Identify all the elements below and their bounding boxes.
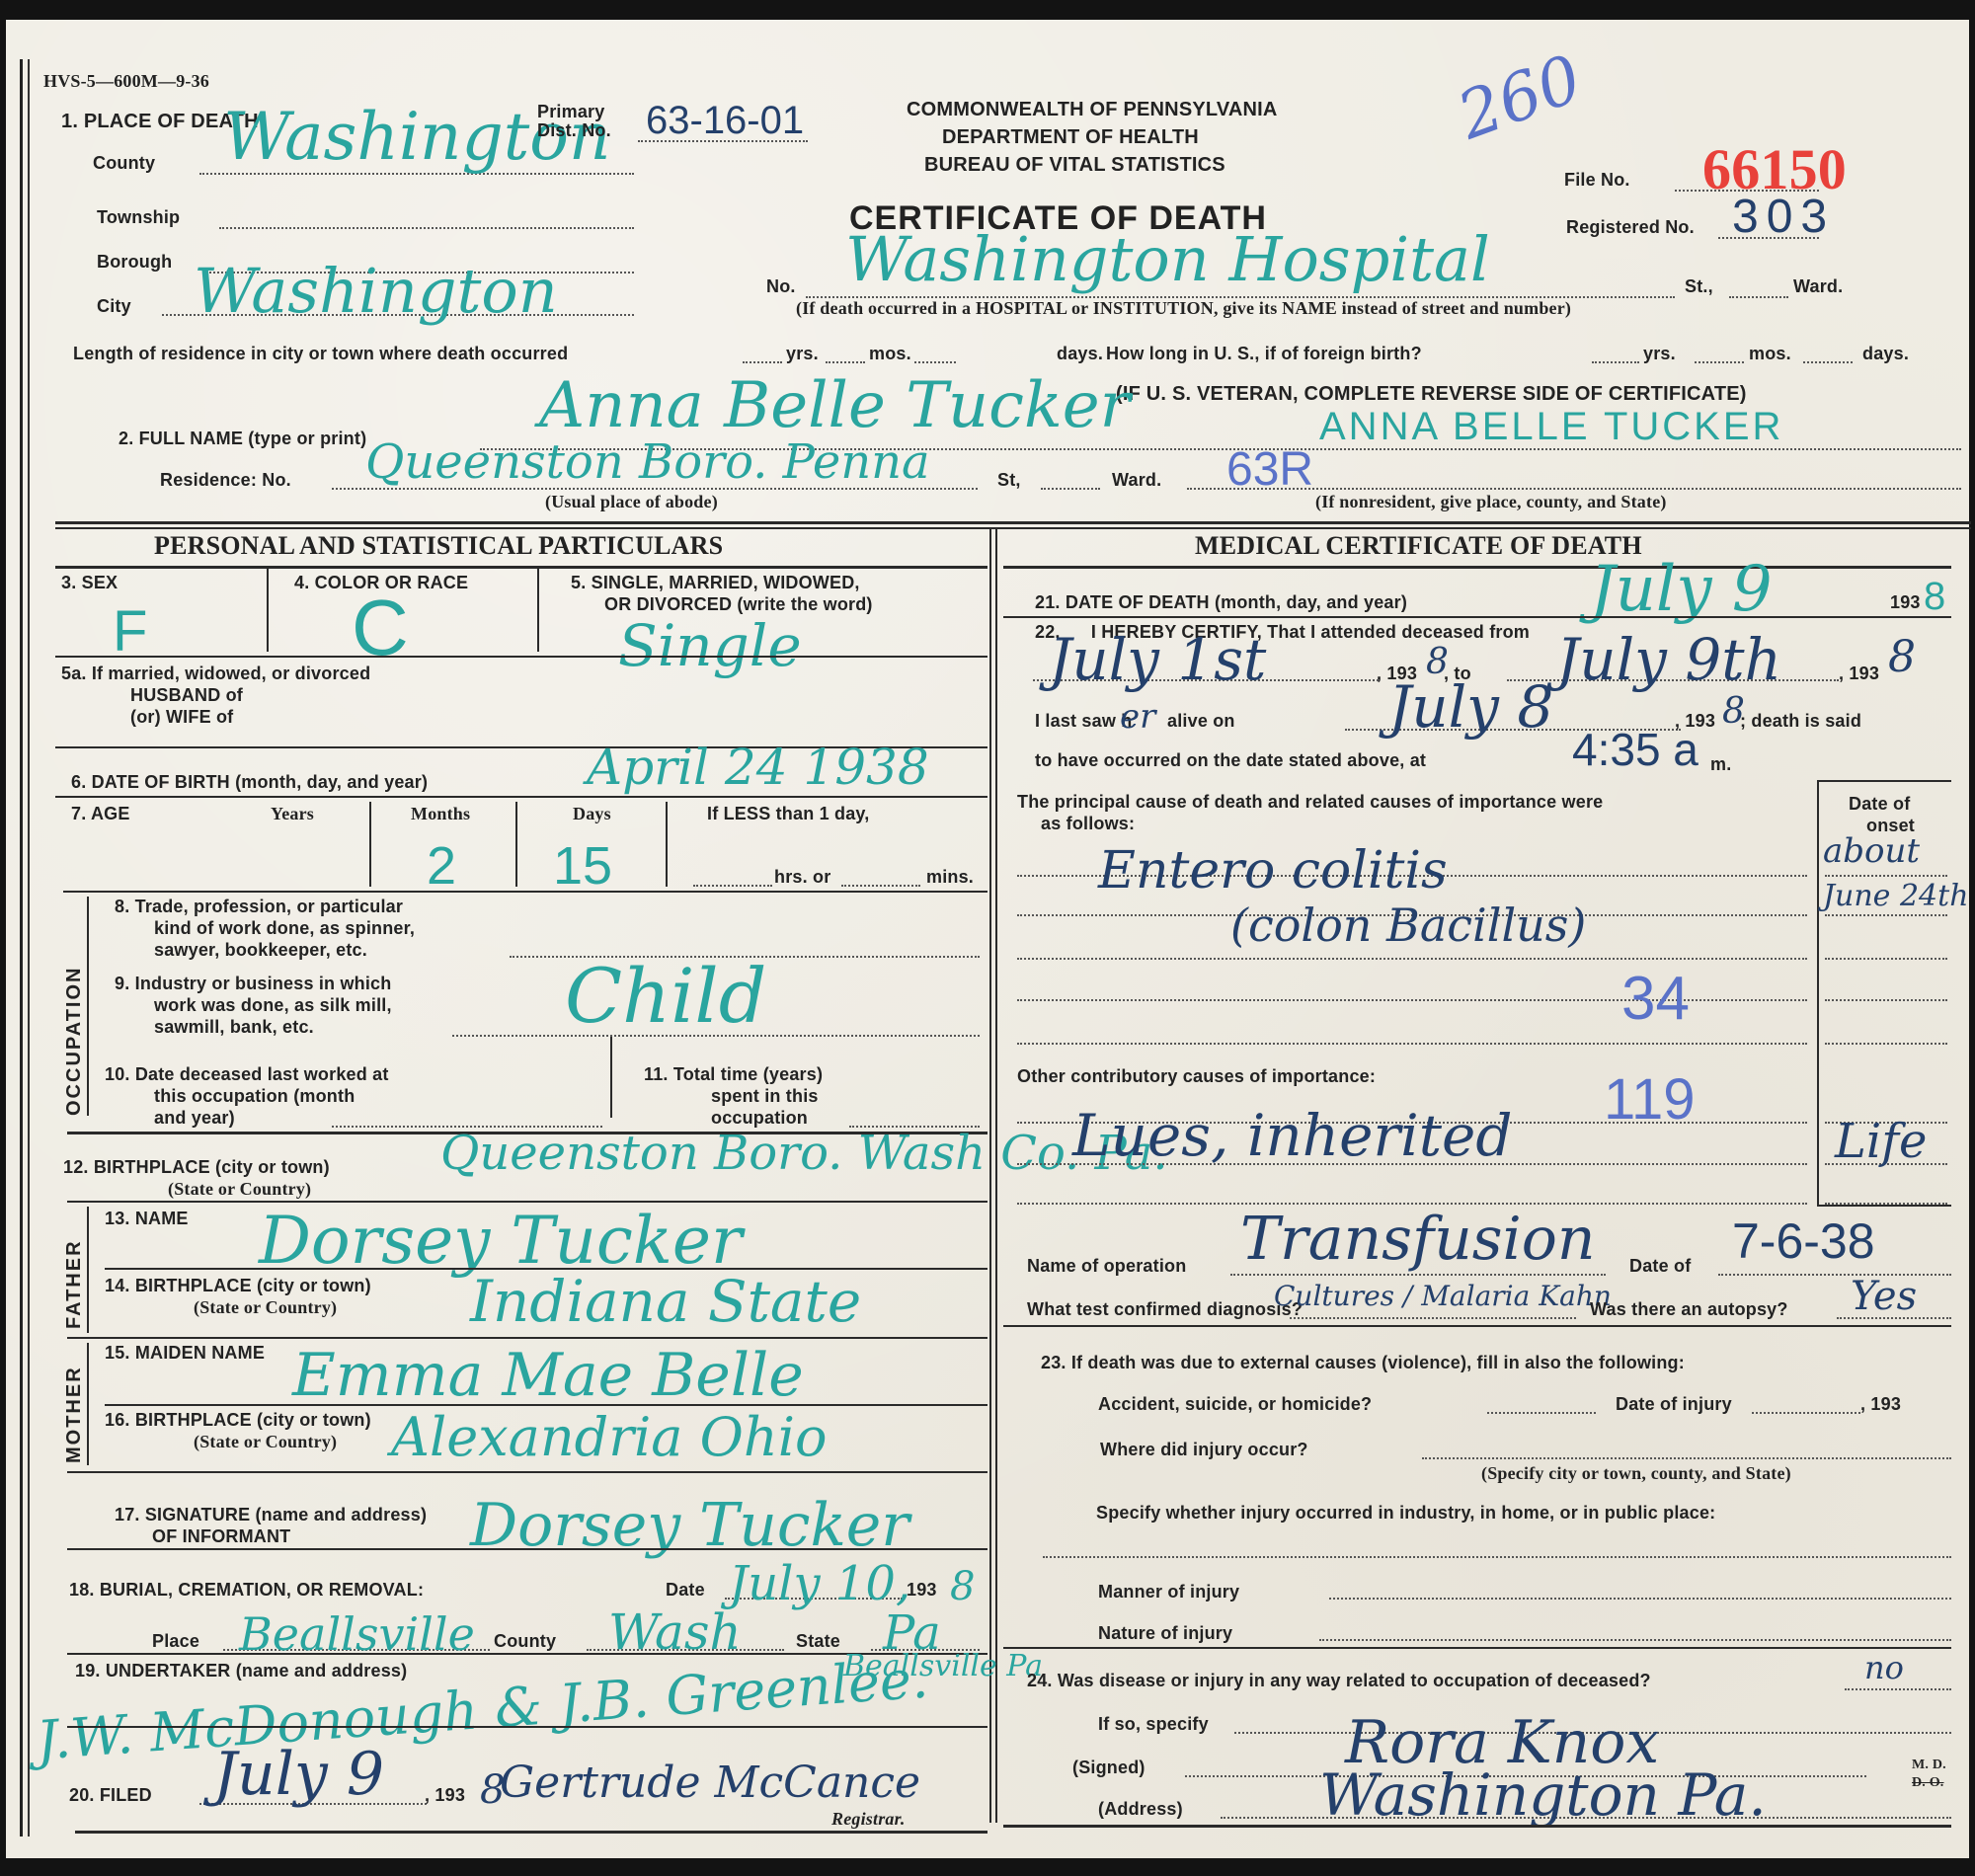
industry-label-1: 9. Industry or business in which: [115, 974, 391, 994]
other-cause-value: Lues, inherited: [1072, 1102, 1512, 1169]
registered-no-label: Registered No.: [1566, 217, 1695, 238]
death-certificate-document: HVS-5—600M—9-36 1. PLACE OF DEATH County…: [6, 20, 1969, 1858]
lastsaw-label-2: alive on: [1167, 711, 1235, 732]
onset-line-1: [1825, 875, 1947, 877]
occupation-related-label: 24. Was disease or injury in any way rel…: [1027, 1671, 1651, 1691]
foreign-days-line: [1803, 361, 1853, 363]
lastsaw-pronoun: er: [1120, 697, 1155, 737]
personal-title-rule: [55, 566, 987, 569]
nonresident-note: (If nonresident, give place, county, and…: [1315, 492, 1667, 512]
injury-year-label: , 193: [1860, 1394, 1901, 1415]
city-value: Washington: [194, 255, 558, 327]
row-rule-18: [67, 1548, 987, 1550]
bottom-rule-right: [1003, 1825, 1951, 1828]
father-vertical-label: FATHER: [63, 1239, 86, 1329]
institution-no-label: No.: [766, 276, 796, 297]
occupation-value: Child: [565, 952, 766, 1040]
cause-label-2: as follows:: [1041, 814, 1135, 834]
veteran-note: (IF U. S. VETERAN, COMPLETE REVERSE SIDE…: [1116, 383, 1747, 406]
township-line: [219, 227, 634, 229]
occupation-related-value: no: [1864, 1649, 1904, 1686]
borough-label: Borough: [97, 252, 172, 273]
nature-line: [1319, 1639, 1951, 1641]
onset-label-1: Date of: [1849, 794, 1910, 815]
cause-code-2: 119: [1604, 1066, 1695, 1133]
undertaker-label: 19. UNDERTAKER (name and address): [75, 1661, 407, 1681]
autopsy-label: Was there an autopsy?: [1590, 1299, 1788, 1320]
residence-mos-line: [826, 361, 865, 363]
father-bp-label-1: 14. BIRTHPLACE (city or town): [105, 1276, 371, 1296]
cause-1-value: Entero colitis: [1098, 841, 1448, 900]
time-value: 4:35 a: [1572, 723, 1698, 776]
onset-box-top: [1817, 780, 1951, 782]
md-label: M. D.: [1912, 1758, 1946, 1773]
test-label: What test confirmed diagnosis?: [1027, 1299, 1303, 1320]
age-days-label: Days: [573, 804, 611, 824]
full-name-printed: ANNA BELLE TUCKER: [1319, 405, 1783, 449]
cause-label-1: The principal cause of death and related…: [1017, 792, 1603, 813]
registrar-signature: Gertrude McCance: [500, 1758, 920, 1808]
residence-mos-label: mos.: [869, 344, 911, 364]
lastworked-label-1: 10. Date deceased last worked at: [105, 1064, 389, 1085]
institution-ward-label: Ward.: [1793, 276, 1843, 297]
burial-place-label: Place: [152, 1631, 199, 1652]
burial-year-label: 193: [907, 1580, 937, 1601]
medical-section-title: MEDICAL CERTIFICATE OF DEATH: [1195, 531, 1642, 561]
industry-label-2: work was done, as silk mill,: [154, 995, 392, 1016]
marital-value: Single: [618, 612, 802, 679]
row-rule-5a: [55, 656, 987, 658]
dist-no-value: 63-16-01: [646, 99, 804, 143]
operation-line: [1230, 1274, 1606, 1276]
marital-label-1: 5. SINGLE, MARRIED, WIDOWED,: [571, 573, 860, 593]
spouse-label-2: HUSBAND of: [130, 685, 243, 706]
informant-label-2: OF INFORMANT: [152, 1526, 290, 1547]
lastworked-label-2: this occupation (month: [154, 1086, 355, 1107]
full-name-label: 2. FULL NAME (type or print): [118, 429, 366, 449]
institution-note: (If death occurred in a HOSPITAL or INST…: [796, 298, 1571, 319]
age-mins-label: mins.: [926, 867, 974, 888]
annotation-260: 260: [1449, 40, 1592, 154]
residence-yrs-label: yrs.: [786, 344, 819, 364]
filed-date-value: July 9: [213, 1740, 384, 1809]
residence-days-line: [914, 361, 956, 363]
totaltime-label-1: 11. Total time (years): [644, 1064, 823, 1085]
residence-ward-label: Ward.: [1112, 470, 1161, 491]
race-divider: [537, 569, 539, 652]
medical-title-rule: [1003, 566, 1951, 569]
age-mins-line: [841, 885, 920, 887]
burial-label: 18. BURIAL, CREMATION, OR REMOVAL:: [69, 1580, 424, 1601]
residence-value: Queenston Boro. Penna: [365, 434, 930, 490]
birthplace-label-2: (State or Country): [168, 1179, 311, 1200]
dod-year-value: 8: [1924, 575, 1945, 619]
cause-line-5: [1017, 1043, 1807, 1045]
age-hrs-label: hrs. or: [774, 867, 830, 888]
if-so-label: If so, specify: [1098, 1714, 1209, 1735]
operation-value: Transfusion: [1240, 1205, 1596, 1274]
mother-name-label: 15. MAIDEN NAME: [105, 1343, 265, 1364]
abode-note: (Usual place of abode): [545, 492, 718, 512]
sex-divider: [267, 569, 269, 652]
father-bp-label-2: (State or Country): [194, 1297, 337, 1318]
registered-no-value: 303: [1732, 190, 1835, 244]
lastsaw-date-value: July 8: [1388, 673, 1553, 741]
residence-length-label: Length of residence in city or town wher…: [73, 344, 568, 364]
row-rule-22: [1003, 616, 1951, 618]
bottom-rule-left: [75, 1831, 987, 1834]
row-rule-7: [55, 796, 987, 798]
onset-line-2: [1825, 914, 1947, 916]
row-rule-8: [63, 891, 987, 893]
row-rule-24: [1003, 1647, 1951, 1649]
ward-annotation: 63R: [1226, 442, 1313, 497]
specify-injury-label: Specify whether injury occurred in indus…: [1096, 1503, 1715, 1524]
injury-date-label: Date of injury: [1616, 1394, 1732, 1415]
do-label: D. O.: [1912, 1775, 1944, 1791]
section-divider-top-2: [55, 527, 1971, 529]
father-name-label: 13. NAME: [105, 1209, 189, 1229]
dob-value: April 24 1938: [587, 739, 929, 796]
totaltime-label-2: spent in this: [711, 1086, 819, 1107]
race-value: C: [352, 583, 409, 673]
where-injury-note: (Specify city or town, county, and State…: [1481, 1463, 1791, 1484]
trade-label-2: kind of work done, as spinner,: [154, 918, 415, 939]
mother-name-value: Emma Mae Belle: [292, 1341, 804, 1410]
birthplace-label-1: 12. BIRTHPLACE (city or town): [63, 1157, 330, 1178]
row-rule-20: [67, 1726, 987, 1728]
city-label: City: [97, 296, 131, 317]
left-border-rule-inner: [28, 59, 30, 1837]
trade-label-1: 8. Trade, profession, or particular: [115, 897, 403, 917]
age-months-value: 2: [427, 835, 456, 897]
lastsaw-label-1: I last saw h: [1035, 711, 1132, 732]
registrar-label: Registrar.: [831, 1809, 906, 1830]
spouse-label-3: (or) WIFE of: [130, 707, 233, 728]
onset-line-3: [1825, 958, 1947, 960]
op-date-label: Date of: [1629, 1256, 1691, 1277]
institution-st-label: St.,: [1685, 276, 1713, 297]
test-value: Cultures / Malaria Kahn: [1274, 1280, 1612, 1312]
accident-line: [1487, 1412, 1596, 1414]
mother-vertical-label: MOTHER: [63, 1366, 86, 1463]
cause-2-value: (colon Bacillus): [1230, 899, 1586, 952]
signed-label: (Signed): [1072, 1758, 1145, 1778]
lastworked-label-3: and year): [154, 1108, 235, 1129]
dist-no-label: Dist. No.: [537, 120, 611, 141]
onset-line-5: [1825, 1043, 1947, 1045]
agency-line-1: COMMONWEALTH OF PENNSYLVANIA: [907, 99, 1278, 121]
foreign-days-label: days.: [1862, 344, 1909, 364]
trade-label-3: sawyer, bookkeeper, etc.: [154, 940, 367, 961]
injury-date-line: [1752, 1412, 1860, 1414]
filed-year-label: , 193: [425, 1785, 465, 1806]
autopsy-value: Yes: [1851, 1274, 1917, 1319]
dod-value: July 9: [1590, 553, 1773, 626]
section-divider-top: [55, 521, 1971, 524]
op-date-value: 7-6-38: [1732, 1212, 1875, 1270]
manner-line: [1329, 1598, 1951, 1600]
foreign-yrs-label: yrs.: [1643, 344, 1676, 364]
burial-county-label: County: [494, 1631, 556, 1652]
primary-label: Primary: [537, 103, 604, 120]
occupation-related-line: [1845, 1688, 1951, 1690]
age-less-label: If LESS than 1 day,: [707, 804, 870, 824]
burial-year-value: 8: [950, 1564, 975, 1609]
left-border-rule: [20, 59, 23, 1837]
time-suffix: m.: [1710, 754, 1731, 775]
burial-state-label: State: [796, 1631, 840, 1652]
age-hrs-line: [693, 885, 772, 887]
where-injury-line: [1422, 1457, 1951, 1459]
attended-to-year-label: , 193: [1839, 664, 1879, 684]
physician-address: Washington Pa.: [1319, 1761, 1767, 1829]
undertaker-address: Beallsville Pa: [843, 1649, 1043, 1683]
cause-code-1: 34: [1621, 964, 1690, 1034]
informant-label-1: 17. SIGNATURE (name and address): [115, 1505, 427, 1525]
township-label: Township: [97, 207, 180, 228]
age-months-label: Months: [411, 804, 470, 824]
row-rule-17: [67, 1471, 987, 1473]
birthplace-value: Queenston Boro. Wash Co. Pa.: [440, 1126, 1168, 1181]
institution-st-line: [1729, 296, 1788, 298]
lastworked-divider: [610, 1037, 612, 1118]
residence-days-label: days.: [1057, 344, 1103, 364]
full-name-handwritten: Anna Belle Tucker: [539, 369, 1130, 442]
specify-injury-line: [1043, 1556, 1951, 1558]
industry-label-3: sawmill, bank, etc.: [154, 1017, 314, 1038]
foreign-birth-label: How long in U. S., if of foreign birth?: [1106, 344, 1422, 364]
filed-label: 20. FILED: [69, 1785, 152, 1806]
onset-line-4: [1825, 999, 1947, 1001]
residence-label: Residence: No.: [160, 470, 291, 491]
other-onset-value: Life: [1835, 1114, 1927, 1169]
residence-yrs-line: [743, 361, 782, 363]
form-code: HVS-5—600M—9-36: [43, 71, 209, 92]
age-months-divider: [515, 802, 517, 887]
foreign-yrs-line: [1592, 361, 1639, 363]
father-bp-value: Indiana State: [470, 1268, 861, 1335]
operation-label: Name of operation: [1027, 1256, 1186, 1277]
address-label: (Address): [1098, 1799, 1183, 1820]
residence-st-line: [1041, 488, 1100, 490]
occurred-label: to have occurred on the date stated abov…: [1035, 750, 1426, 771]
death-said-label: ; death is said: [1740, 711, 1861, 732]
age-days-divider: [666, 802, 668, 887]
external-causes-label: 23. If death was due to external causes …: [1041, 1353, 1685, 1373]
cause-line-3: [1017, 958, 1807, 960]
age-label: 7. AGE: [71, 804, 130, 824]
age-years-divider: [369, 802, 371, 887]
burial-date-label: Date: [666, 1580, 705, 1601]
age-days-value: 15: [553, 835, 612, 897]
mother-bp-label-2: (State or Country): [194, 1432, 337, 1452]
occupation-vertical-label: OCCUPATION: [63, 967, 86, 1116]
onset-box-bottom: [1817, 1205, 1951, 1207]
father-bracket: [87, 1207, 89, 1333]
foreign-mos-line: [1695, 361, 1744, 363]
row-rule-23: [1003, 1325, 1951, 1327]
spouse-label-1: 5a. If married, widowed, or divorced: [61, 664, 370, 684]
agency-line-2: DEPARTMENT OF HEALTH: [942, 126, 1199, 149]
agency-line-3: BUREAU OF VITAL STATISTICS: [924, 154, 1225, 177]
burial-date-value: July 10,: [729, 1556, 910, 1611]
attended-to-value: July 9th: [1556, 626, 1781, 693]
mother-bp-label-1: 16. BIRTHPLACE (city or town): [105, 1410, 371, 1431]
dod-label: 21. DATE OF DEATH (month, day, and year): [1035, 592, 1407, 613]
occupation-bracket: [87, 897, 89, 1116]
other-causes-label: Other contributory causes of importance:: [1017, 1066, 1376, 1087]
personal-section-title: PERSONAL AND STATISTICAL PARTICULARS: [154, 531, 723, 561]
row-rule-15: [67, 1337, 987, 1339]
file-no-label: File No.: [1564, 170, 1630, 191]
onset-1-value: about: [1823, 831, 1920, 871]
onset-box-divider: [1817, 780, 1819, 1205]
sex-label: 3. SEX: [61, 573, 118, 593]
mother-bracket: [87, 1343, 89, 1465]
sex-value: F: [113, 598, 147, 664]
nature-label: Nature of injury: [1098, 1623, 1232, 1644]
institution-value: Washington Hospital: [845, 223, 1490, 295]
manner-label: Manner of injury: [1098, 1582, 1239, 1602]
where-injury-label: Where did injury occur?: [1100, 1440, 1308, 1460]
residence-st-label: St,: [997, 470, 1021, 491]
dob-label: 6. DATE OF BIRTH (month, day, and year): [71, 772, 428, 793]
onset-2-value: June 24th: [1823, 879, 1969, 913]
dod-year-label: 193: [1890, 592, 1921, 613]
foreign-mos-label: mos.: [1749, 344, 1791, 364]
attended-to-year-value: 8: [1888, 632, 1916, 682]
age-years-label: Years: [271, 804, 314, 824]
accident-label: Accident, suicide, or homicide?: [1098, 1394, 1372, 1415]
mother-bp-value: Alexandria Ohio: [391, 1406, 828, 1468]
attended-from-value: July 1st: [1049, 626, 1266, 693]
test-line: [1290, 1317, 1576, 1319]
county-label: County: [93, 153, 155, 174]
